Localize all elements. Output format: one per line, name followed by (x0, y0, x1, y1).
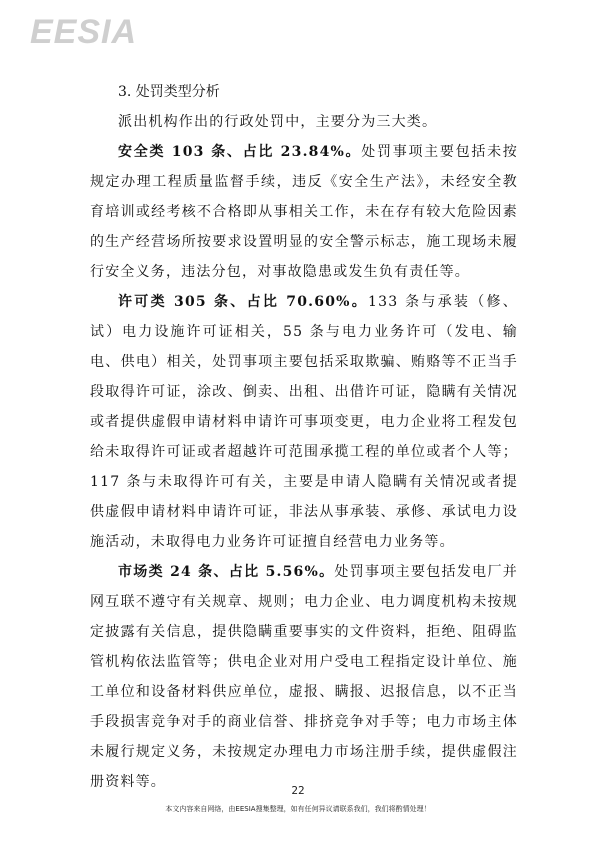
safety-category-lead: 安全类 103 条、占比 23.84%。 (118, 144, 361, 160)
footer-disclaimer: 本文内容来自网络，由EESIA搜集整理，如有任何异议请联系我们，我们将酌情处理！ (0, 804, 596, 814)
license-category-lead: 许可类 305 条、占比 70.60%。 (118, 294, 368, 310)
eesia-logo: EESIA (30, 13, 137, 52)
license-category-paragraph: 许可类 305 条、占比 70.60%。133 条与承装（修、试）电力设施许可证… (90, 287, 518, 557)
market-category-paragraph: 市场类 24 条、占比 5.56%。处罚事项主要包括发电厂并网互联不遵守有关规章… (90, 557, 518, 797)
document-body: 3. 处罚类型分析 派出机构作出的行政处罚中，主要分为三大类。 安全类 103 … (90, 77, 518, 797)
market-category-body: 处罚事项主要包括发电厂并网互联不遵守有关规章、规则；电力企业、电力调度机构未按规… (90, 564, 518, 790)
market-category-lead: 市场类 24 条、占比 5.56%。 (118, 564, 334, 580)
section-heading: 3. 处罚类型分析 (118, 77, 518, 107)
license-category-body: 133 条与承装（修、试）电力设施许可证相关，55 条与电力业务许可（发电、输电… (90, 294, 518, 550)
safety-category-paragraph: 安全类 103 条、占比 23.84%。处罚事项主要包括未按规定办理工程质量监督… (90, 137, 518, 287)
page-number: 22 (0, 784, 596, 797)
safety-category-body: 处罚事项主要包括未按规定办理工程质量监督手续，违反《安全生产法》，未经安全教育培… (90, 144, 518, 280)
intro-paragraph: 派出机构作出的行政处罚中，主要分为三大类。 (90, 107, 518, 137)
